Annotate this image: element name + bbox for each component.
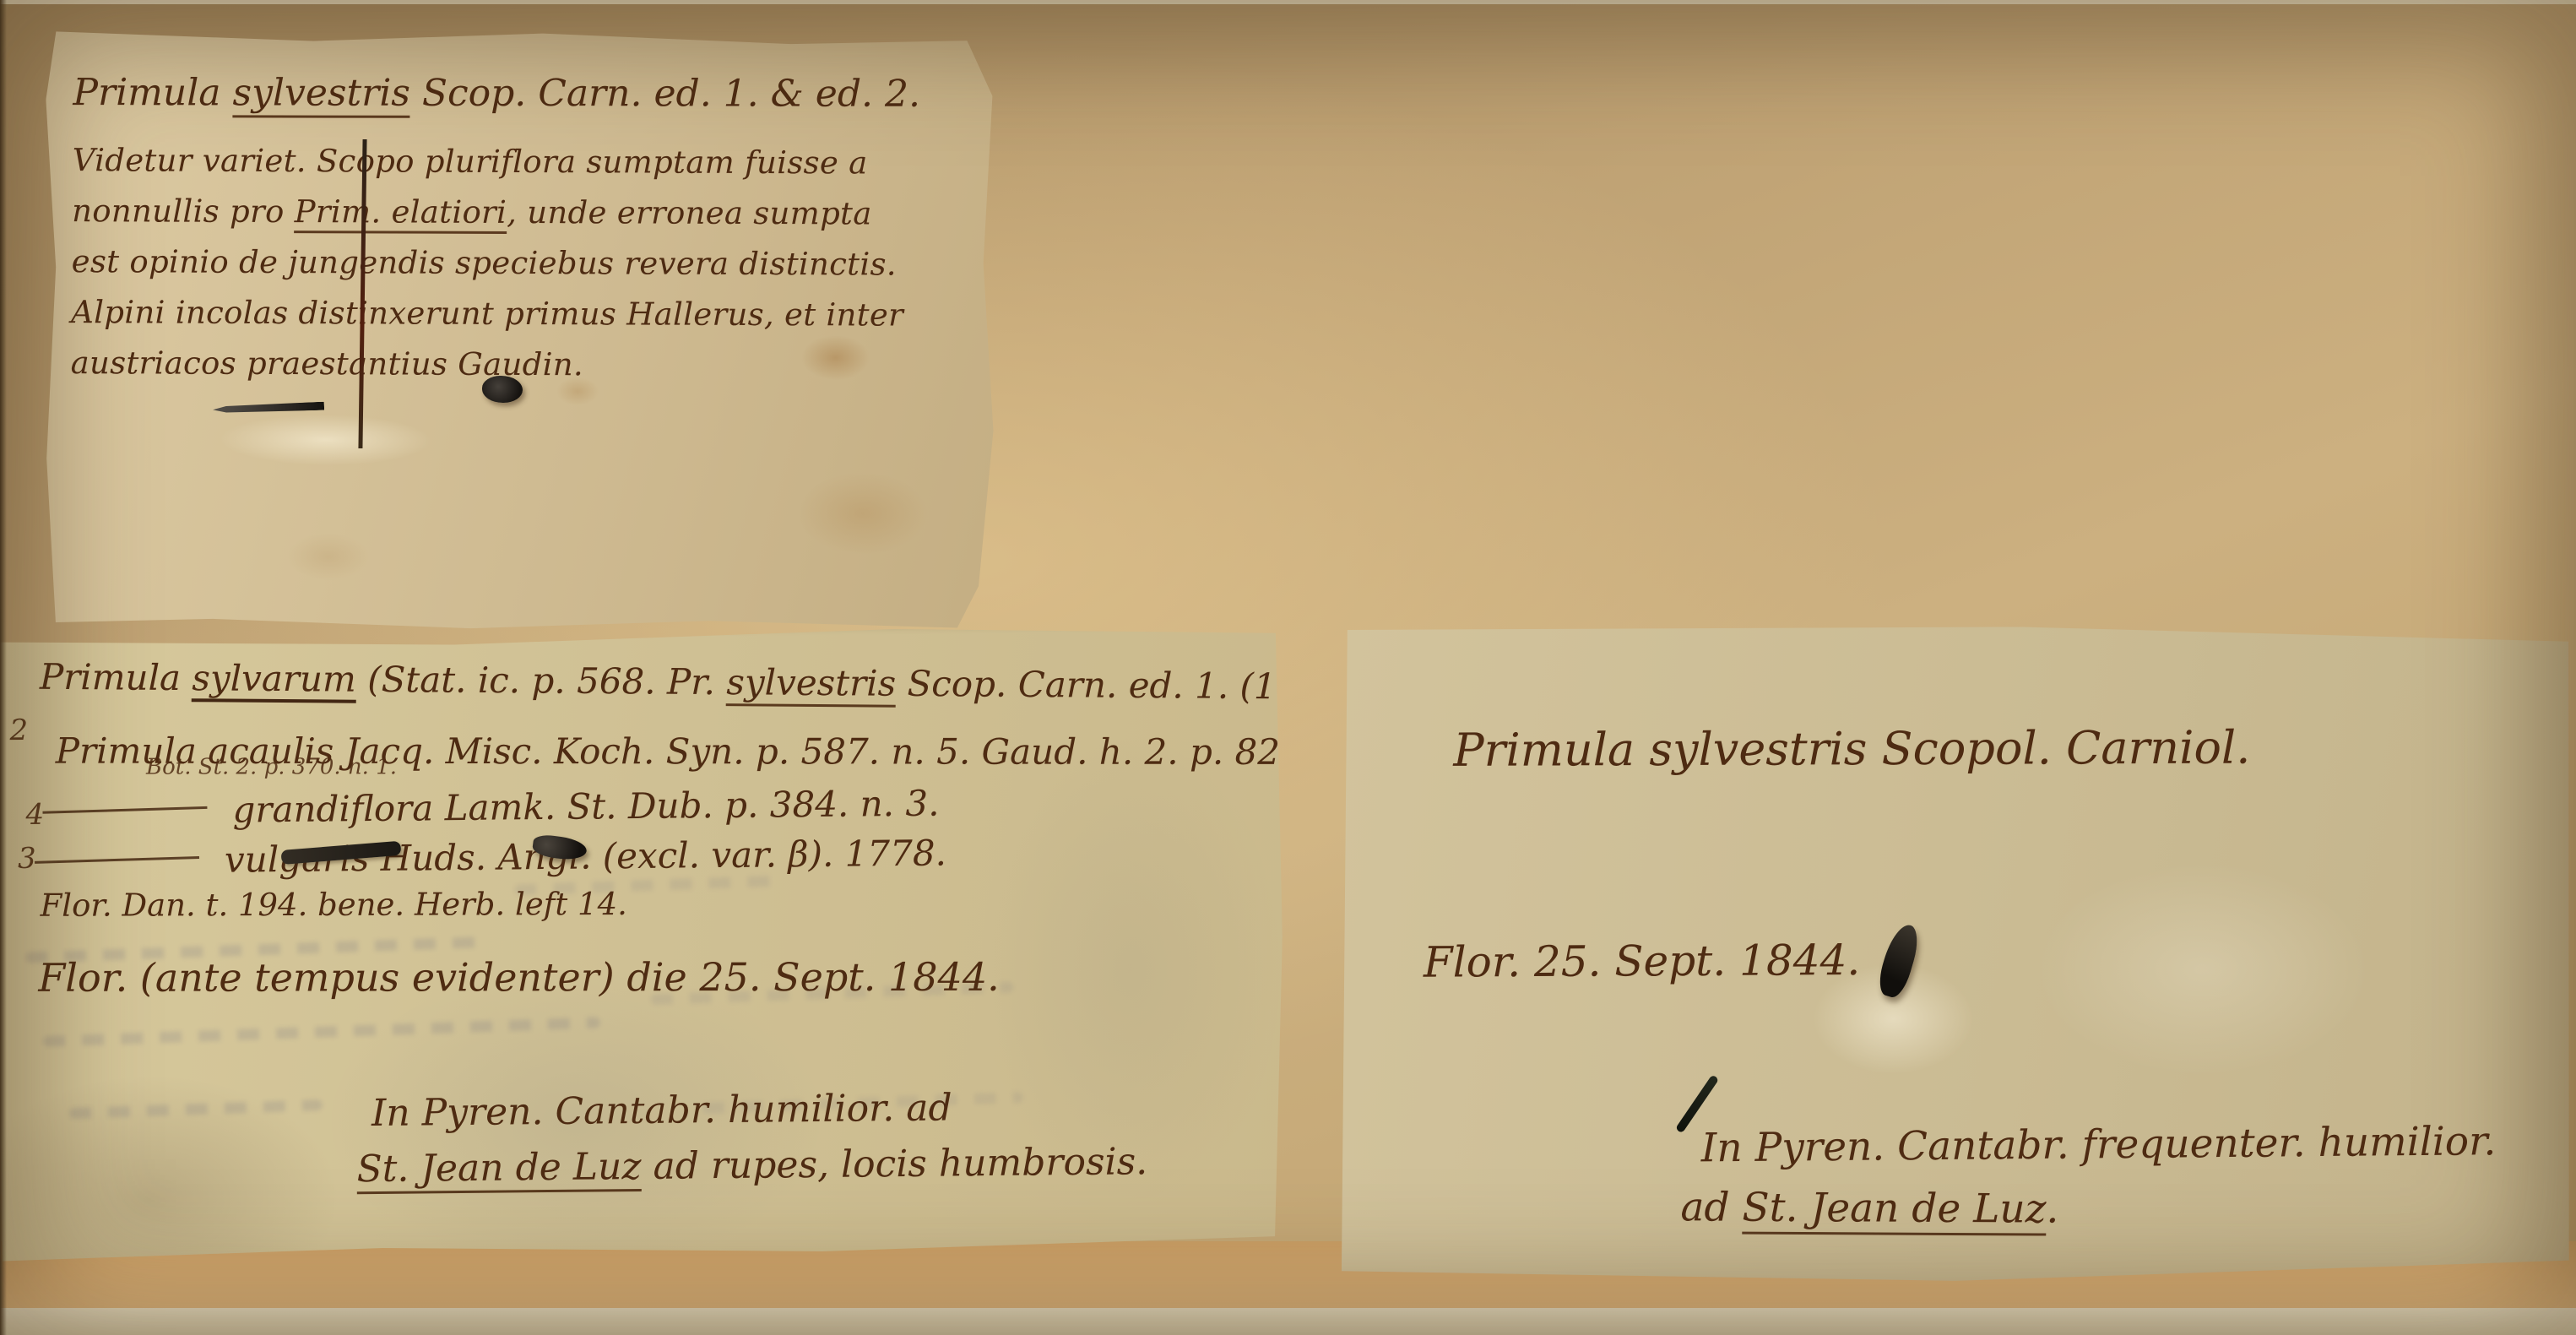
synonym-row-grandiflora: grandiflora Lamk. St. Dub. p. 384. n. 3. xyxy=(42,783,939,833)
species-title-line: Primula sylvestris Scopol. Carniol. xyxy=(1453,721,2250,777)
row2-text: grandiflora Lamk. St. Dub. p. 384. n. 3. xyxy=(232,783,939,831)
ditto-dash xyxy=(42,806,207,814)
flowering-date-line: Flor. (ante tempus evidenter) die 25. Se… xyxy=(38,954,999,1001)
st-jean-de-luz-underlined: St. Jean de Luz xyxy=(356,1145,641,1194)
note-line-4: Alpini incolas distinxerunt primus Halle… xyxy=(71,287,974,341)
species-title-line: Primula sylvestris Scop. Carn. ed. 1. & … xyxy=(73,63,976,124)
pin-head xyxy=(482,376,523,403)
loc2-pre: ad xyxy=(1680,1184,1742,1230)
pin-dent-highlight xyxy=(220,414,432,466)
elatiori-underlined: Prim. elatiori xyxy=(295,193,507,234)
locality-line-2: St. Jean de Luz ad rupes, locis humbrosi… xyxy=(356,1140,1147,1191)
interlined-citation: Bot. St. 2. p. 370. n. 1. xyxy=(146,754,397,779)
l1-mid: (Stat. ic. p. 568. Pr. xyxy=(356,659,727,703)
synonym-row-vulgaris: vulgaris Huds. Angl. (excl. var. β). 177… xyxy=(35,832,946,882)
note-line-3: est opinio de jungendis speciebus revera… xyxy=(72,236,975,290)
species-name-underlined: sylvestris xyxy=(232,71,409,117)
locality-line-1: In Pyren. Cantabr. frequenter. humilior. xyxy=(1701,1118,2497,1171)
ghost-writing xyxy=(69,1099,323,1119)
flora-danica-reference: Flor. Dan. t. 194. bene. Herb. left 14. xyxy=(40,886,626,924)
ghost-writing xyxy=(43,1017,600,1046)
locality-line-1: In Pyren. Cantabr. humilior. ad xyxy=(371,1086,952,1135)
locality-line-2: ad St. Jean de Luz. xyxy=(1680,1184,2058,1232)
l1-pre: Primula xyxy=(40,656,193,698)
flowering-date-line: Flor. 25. Sept. 1844. xyxy=(1424,936,1861,987)
note-line-1: Videtur variet. Scopo pluriflora sumptam… xyxy=(73,135,976,189)
title-post: Scop. Carn. ed. 1. & ed. 2. xyxy=(410,72,920,116)
loc2-post: . xyxy=(2046,1186,2058,1233)
margin-number-2: 2 xyxy=(9,714,28,747)
note-line-2: nonnullis pro Prim. elatiori, unde erron… xyxy=(72,186,975,240)
board-left-edge xyxy=(0,0,7,1335)
bottom-pale-strip xyxy=(0,1308,2576,1335)
sylvestris-underlined: sylvestris xyxy=(726,661,896,708)
note-line-2-post: , unde erronea sumpta xyxy=(507,194,872,232)
margin-number-3: 3 xyxy=(18,842,36,876)
loc2-post: ad rupes, locis humbrosis. xyxy=(641,1140,1147,1188)
board-top-edge xyxy=(0,0,2576,4)
top-note-paper: Primula sylvestris Scop. Carn. ed. 1. & … xyxy=(41,28,1001,634)
margin-number-4: 4 xyxy=(25,798,44,832)
ditto-dash xyxy=(35,856,199,864)
struck-epithet: sylvarum xyxy=(192,657,356,703)
top-note-text: Primula sylvestris Scop. Carn. ed. 1. & … xyxy=(70,60,976,393)
st-jean-de-luz-underlined: St. Jean de Luz xyxy=(1742,1185,2046,1236)
note-line-5: austriacos praestantius Gaudin. xyxy=(71,338,974,392)
herbarium-labels-photo: Primula sylvestris Scop. Carn. ed. 1. & … xyxy=(0,0,2576,1335)
note-line-2-pre: nonnullis pro xyxy=(72,193,295,230)
title-pre: Primula xyxy=(73,71,232,114)
fair-copy-label-paper: Primula sylvestris Scopol. Carniol. Flor… xyxy=(1339,623,2573,1287)
synonymy-label-paper: Primula sylvarum (Stat. ic. p. 568. Pr. … xyxy=(0,621,1288,1265)
